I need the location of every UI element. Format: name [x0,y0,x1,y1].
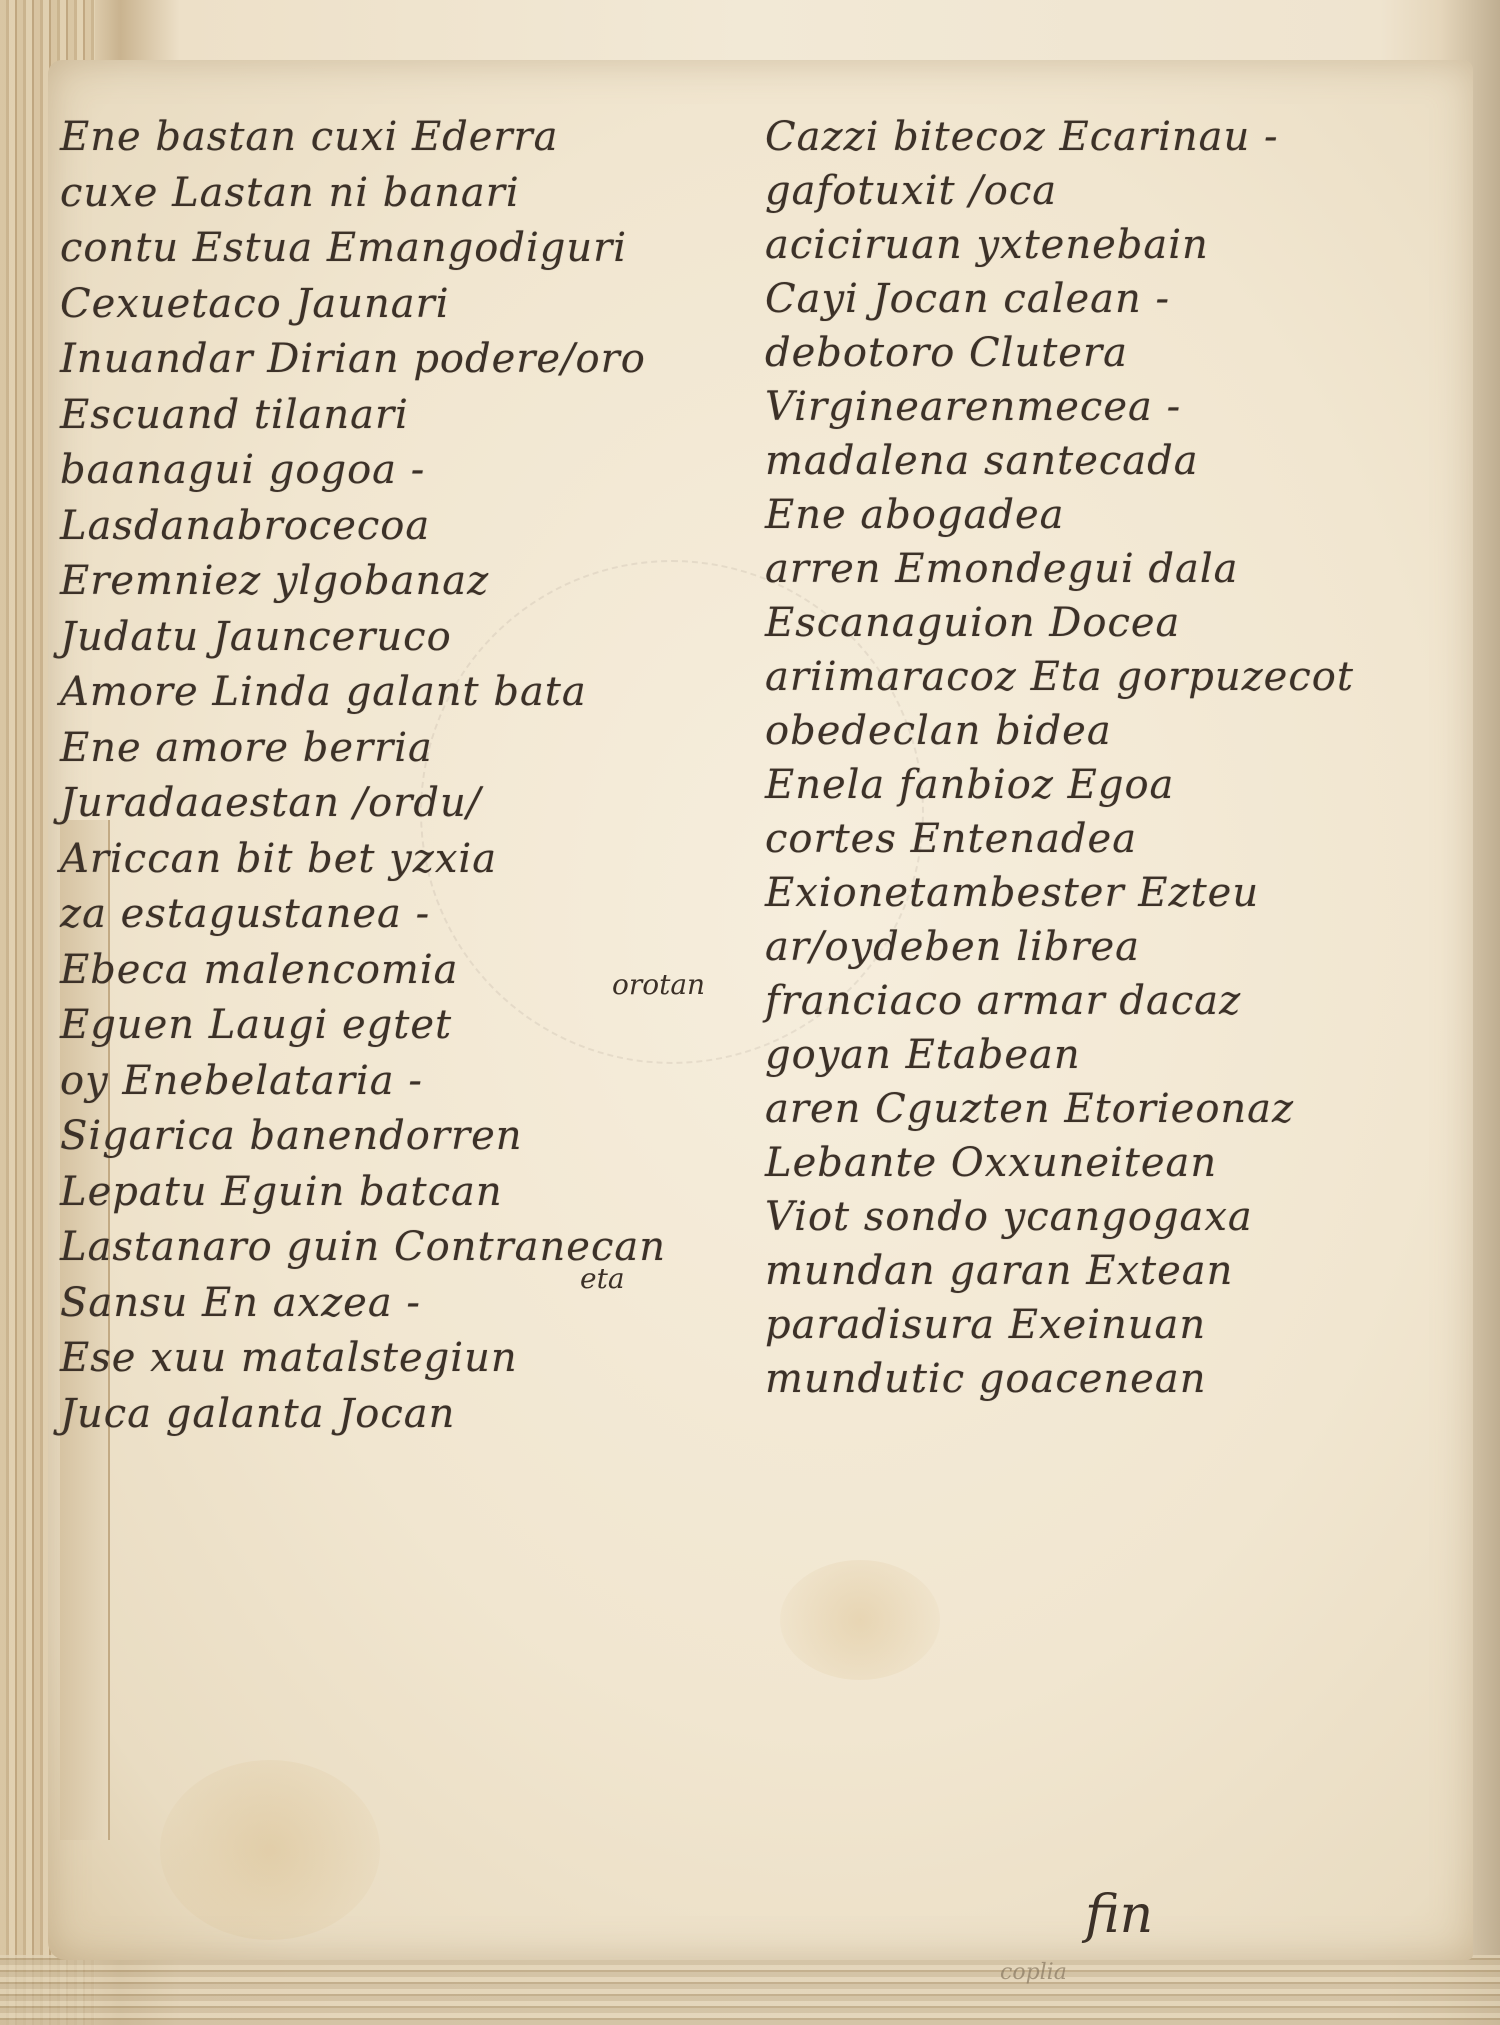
verse-line: Virginearenmecea - [765,380,1445,434]
verse-line: Cazzi bitecoz Ecarinau - [765,110,1445,164]
verse-line: baanagui gogoa - [60,443,720,499]
verse-line: Amore Linda galant bata [60,665,720,721]
verse-line: cortes Entenadea [765,812,1445,866]
verse-line: Ese xuu matalstegiun [60,1331,720,1387]
foxing-stain [160,1760,380,1940]
verse-line: obedeclan bidea [765,704,1445,758]
verse-line: Viot sondo ycangogaxa [765,1190,1445,1244]
verse-line: Ene abogadea [765,488,1445,542]
verse-line: arren Emondegui dala [765,542,1445,596]
verse-line: Exionetambester Ezteu [765,866,1445,920]
marginal-correction: orotan [612,968,705,1001]
verse-line: Lepatu Eguin batcan [60,1165,720,1221]
verse-line: Judatu Jaunceruco [60,610,720,666]
verse-line: Juradaaestan /ordu/ [60,776,720,832]
verse-line: goyan Etabean [765,1028,1445,1082]
left-column: Ene bastan cuxi Ederra cuxe Lastan ni ba… [60,110,720,1442]
verse-line: debotoro Clutera [765,326,1445,380]
verse-line: contu Estua Emangodiguri [60,221,720,277]
verse-line: za estagustanea - [60,887,720,943]
verse-line: Eremniez ylgobanaz [60,554,720,610]
verse-line: oy Enebelataria - [60,1054,720,1110]
verse-line: Cayi Jocan calean - [765,272,1445,326]
verse-line: Juca galanta Jocan [60,1387,720,1443]
verse-line: paradisura Exeinuan [765,1298,1445,1352]
verse-line: Sigarica banendorren [60,1109,720,1165]
marginal-correction: eta [580,1262,625,1295]
verse-line: aciciruan yxtenebain [765,218,1445,272]
verse-line: gafotuxit /oca [765,164,1445,218]
foxing-stain [780,1560,940,1680]
verse-line: ar/oydeben librea [765,920,1445,974]
verse-line: mundutic goacenean [765,1352,1445,1406]
verse-line: franciaco armar dacaz [765,974,1445,1028]
closing-word: fin [1085,1885,1153,1945]
verse-line: mundan garan Extean [765,1244,1445,1298]
verse-line: Enela fanbioz Egoa [765,758,1445,812]
bottom-fragment-label: coplia [1000,1960,1067,1985]
verse-line: Ene amore berria [60,721,720,777]
verse-line: Eguen Laugi egtet [60,998,720,1054]
verse-line: ariimaracoz Eta gorpuzecot [765,650,1445,704]
verse-line: Lasdanabrocecoa [60,499,720,555]
verse-line: madalena santecada [765,434,1445,488]
verse-line: Ariccan bit bet yzxia [60,832,720,888]
verse-line: cuxe Lastan ni banari [60,166,720,222]
verse-line: Escanaguion Docea [765,596,1445,650]
verse-line: Escuand tilanari [60,388,720,444]
verse-line: Ene bastan cuxi Ederra [60,110,720,166]
verse-line: Lebante Oxxuneitean [765,1136,1445,1190]
verse-line: Cexuetaco Jaunari [60,277,720,333]
verse-line: Inuandar Dirian podere/oro [60,332,720,388]
book-bottom-edge [0,1955,1500,2025]
right-column: Cazzi bitecoz Ecarinau - gafotuxit /oca … [765,110,1445,1406]
verse-line: aren Cguzten Etorieonaz [765,1082,1445,1136]
